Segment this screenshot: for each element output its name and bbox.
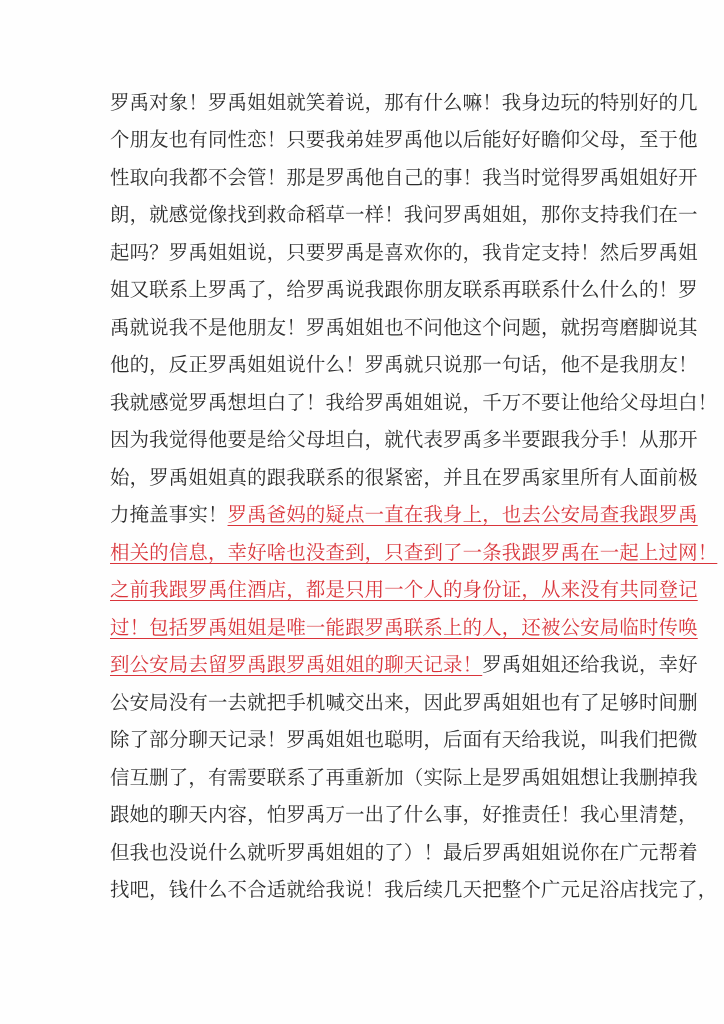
body-text: 跟她的聊天内容，怕罗禹万一出了什么事，好推责任！我心里清楚， bbox=[110, 803, 698, 826]
body-text: 禹就说我不是他朋友！罗禹姐姐也不问他这个问题，就拐弯磨脚说其 bbox=[110, 316, 698, 339]
highlighted-text: 罗禹爸妈的疑点一直在我身上，也去公安局查我跟罗禹 bbox=[228, 503, 698, 526]
body-text: 因为我觉得他要是给父母坦白，就代表罗禹多半要跟我分手！从那开 bbox=[110, 428, 698, 451]
body-text: 但我也没说什么就听罗禹姐姐的了）！最后罗禹姐姐说你在广元帮着 bbox=[110, 841, 698, 864]
text-line: 起吗？罗禹姐姐说，只要罗禹是喜欢你的，我肯定支持！然后罗禹姐 bbox=[110, 238, 630, 268]
text-line: 到公安局去留罗禹跟罗禹姐姐的聊天记录！罗禹姐姐还给我说，幸好 bbox=[110, 650, 630, 680]
body-text: 罗禹姐姐还给我说，幸好 bbox=[482, 653, 698, 676]
text-line: 公安局没有一去就把手机喊交出来，因此罗禹姐姐也有了足够时间删 bbox=[110, 688, 630, 718]
body-text: 我就感觉罗禹想坦白了！我给罗禹姐姐说，千万不要让他给父母坦白！ bbox=[110, 391, 717, 414]
text-line: 因为我觉得他要是给父母坦白，就代表罗禹多半要跟我分手！从那开 bbox=[110, 425, 630, 455]
text-line: 过！包括罗禹姐姐是唯一能跟罗禹联系上的人，还被公安局临时传唤 bbox=[110, 613, 630, 643]
body-text: 除了部分聊天记录！罗禹姐姐也聪明，后面有天给我说，叫我们把微 bbox=[110, 728, 698, 751]
body-text: 性取向我都不会管！那是罗禹他自己的事！我当时觉得罗禹姐姐好开 bbox=[110, 166, 698, 189]
text-line: 找吧，钱什么不合适就给我说！我后续几天把整个广元足浴店找完了， bbox=[110, 875, 630, 905]
text-line: 个朋友也有同性恋！只要我弟娃罗禹他以后能好好瞻仰父母，至于他 bbox=[110, 125, 630, 155]
highlighted-text: 相关的信息，幸好啥也没查到，只查到了一条我跟罗禹在一起上过网！ bbox=[110, 541, 717, 564]
body-text: 他的，反正罗禹姐姐说什么！罗禹就只说那一句话，他不是我朋友！ bbox=[110, 353, 698, 376]
body-text: 朗，就感觉像找到救命稻草一样！我问罗禹姐姐，那你支持我们在一 bbox=[110, 203, 698, 226]
body-text: 公安局没有一去就把手机喊交出来，因此罗禹姐姐也有了足够时间删 bbox=[110, 691, 698, 714]
text-line: 罗禹对象！罗禹姐姐就笑着说，那有什么嘛！我身边玩的特别好的几 bbox=[110, 88, 630, 118]
document-page: 罗禹对象！罗禹姐姐就笑着说，那有什么嘛！我身边玩的特别好的几个朋友也有同性恋！只… bbox=[0, 0, 724, 1024]
text-line: 除了部分聊天记录！罗禹姐姐也聪明，后面有天给我说，叫我们把微 bbox=[110, 725, 630, 755]
text-line: 他的，反正罗禹姐姐说什么！罗禹就只说那一句话，他不是我朋友！ bbox=[110, 350, 630, 380]
body-text: 信互删了，有需要联系了再重新加（实际上是罗禹姐姐想让我删掉我 bbox=[110, 766, 698, 789]
body-text: 姐又联系上罗禹了，给罗禹说我跟你朋友联系再联系什么什么的！罗 bbox=[110, 278, 698, 301]
highlighted-text: 到公安局去留罗禹跟罗禹姐姐的聊天记录！ bbox=[110, 653, 482, 676]
text-line: 力掩盖事实！罗禹爸妈的疑点一直在我身上，也去公安局查我跟罗禹 bbox=[110, 500, 630, 530]
text-line: 我就感觉罗禹想坦白了！我给罗禹姐姐说，千万不要让他给父母坦白！ bbox=[110, 388, 630, 418]
text-line: 相关的信息，幸好啥也没查到，只查到了一条我跟罗禹在一起上过网！ bbox=[110, 538, 630, 568]
text-line: 始，罗禹姐姐真的跟我联系的很紧密，并且在罗禹家里所有人面前极 bbox=[110, 463, 630, 493]
body-text: 始，罗禹姐姐真的跟我联系的很紧密，并且在罗禹家里所有人面前极 bbox=[110, 466, 698, 489]
text-line: 之前我跟罗禹住酒店，都是只用一个人的身份证，从来没有共同登记 bbox=[110, 575, 630, 605]
body-text: 起吗？罗禹姐姐说，只要罗禹是喜欢你的，我肯定支持！然后罗禹姐 bbox=[110, 241, 698, 264]
body-text: 罗禹对象！罗禹姐姐就笑着说，那有什么嘛！我身边玩的特别好的几 bbox=[110, 91, 698, 114]
text-line: 朗，就感觉像找到救命稻草一样！我问罗禹姐姐，那你支持我们在一 bbox=[110, 200, 630, 230]
highlighted-text: 之前我跟罗禹住酒店，都是只用一个人的身份证，从来没有共同登记 bbox=[110, 578, 698, 601]
text-line: 姐又联系上罗禹了，给罗禹说我跟你朋友联系再联系什么什么的！罗 bbox=[110, 275, 630, 305]
text-line: 性取向我都不会管！那是罗禹他自己的事！我当时觉得罗禹姐姐好开 bbox=[110, 163, 630, 193]
text-line: 但我也没说什么就听罗禹姐姐的了）！最后罗禹姐姐说你在广元帮着 bbox=[110, 838, 630, 868]
text-line: 跟她的聊天内容，怕罗禹万一出了什么事，好推责任！我心里清楚， bbox=[110, 800, 630, 830]
body-text: 力掩盖事实！ bbox=[110, 503, 228, 526]
highlighted-text: 过！包括罗禹姐姐是唯一能跟罗禹联系上的人，还被公安局临时传唤 bbox=[110, 616, 698, 639]
body-text: 找吧，钱什么不合适就给我说！我后续几天把整个广元足浴店找完了， bbox=[110, 878, 717, 901]
text-line: 禹就说我不是他朋友！罗禹姐姐也不问他这个问题，就拐弯磨脚说其 bbox=[110, 313, 630, 343]
body-text: 个朋友也有同性恋！只要我弟娃罗禹他以后能好好瞻仰父母，至于他 bbox=[110, 128, 698, 151]
text-line: 信互删了，有需要联系了再重新加（实际上是罗禹姐姐想让我删掉我 bbox=[110, 763, 630, 793]
